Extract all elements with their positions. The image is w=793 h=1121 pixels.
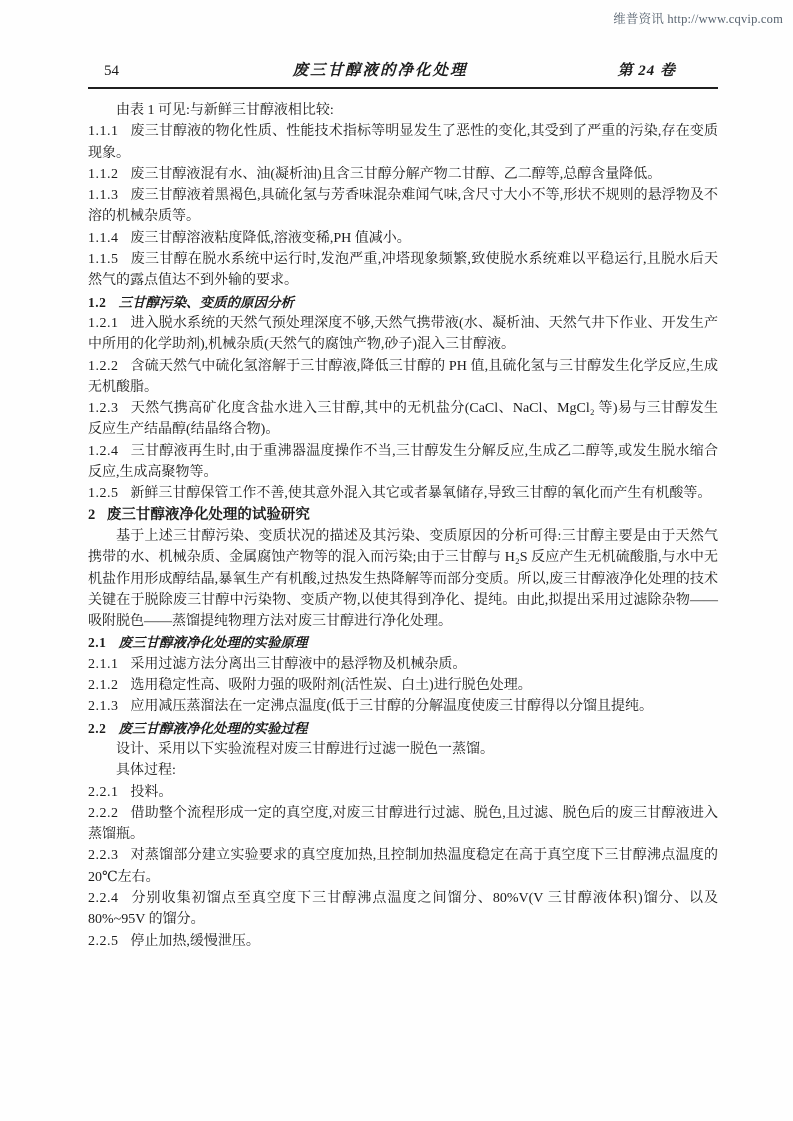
item-number: 2.1.2 — [88, 678, 119, 693]
heading-number: 1.2 — [88, 295, 106, 310]
list-item-2-2-3: 2.2.3对蒸馏部分建立实验要求的真空度加热,且控制加热温度稳定在高于真空度下三… — [88, 845, 718, 888]
item-number: 2.2.4 — [88, 891, 119, 906]
running-title: 废三甘醇液的净化处理 — [174, 58, 586, 80]
item-text: 采用过滤方法分离出三甘醇液中的悬浮物及机械杂质。 — [130, 657, 466, 672]
watermark: 维普资讯 http://www.cqvip.com — [613, 9, 783, 27]
list-item-2-2-4: 2.2.4分别收集初馏点至真空度下三甘醇沸点温度之间馏分、80%V(V 三甘醇液… — [88, 888, 718, 931]
page-number: 54 — [88, 63, 174, 80]
item-number: 1.1.2 — [88, 167, 119, 182]
volume-label: 第 24 卷 — [586, 59, 718, 80]
item-number: 1.2.2 — [88, 359, 119, 374]
process-label: 具体过程: — [88, 760, 718, 781]
item-text: 应用减压蒸溜法在一定沸点温度(低于三甘醇的分解温度使废三甘醇得以分馏且提纯。 — [130, 699, 653, 714]
list-item-1-2-5: 1.2.5新鲜三甘醇保管工作不善,使其意外混入其它或者暴氧储存,导致三甘醇的氧化… — [88, 483, 718, 504]
item-text: 选用稳定性高、吸附力强的吸附剂(活性炭、白土)进行脱色处理。 — [130, 678, 531, 693]
list-item-1-1-2: 1.1.2废三甘醇液混有水、油(凝析油)且含三甘醇分解产物二甘醇、乙二醇等,总醇… — [88, 164, 718, 185]
list-item-1-1-4: 1.1.4废三甘醇溶液粘度降低,溶液变稀,PH 值减小。 — [88, 228, 718, 249]
subsection-heading-2-2: 2.2废三甘醇液净化处理的实验过程 — [88, 718, 718, 739]
intro-paragraph: 由表 1 可见:与新鲜三甘醇液相比较: — [88, 100, 718, 121]
item-text: 含硫天然气中硫化氢溶解于三甘醇液,降低三甘醇的 PH 值,且硫化氢与三甘醇发生化… — [88, 359, 718, 395]
item-number: 1.2.3 — [88, 401, 119, 416]
item-text: 废三甘醇在脱水系统中运行时,发泡严重,冲塔现象频繁,致使脱水系统难以平稳运行,且… — [88, 252, 718, 288]
item-number: 2.2.2 — [88, 806, 119, 821]
list-item-2-2-2: 2.2.2借助整个流程形成一定的真空度,对废三甘醇进行过滤、脱色,且过滤、脱色后… — [88, 803, 718, 846]
item-number: 1.2.5 — [88, 486, 119, 501]
heading-number: 2.1 — [88, 635, 106, 650]
item-text: 三甘醇液再生时,由于重沸器温度操作不当,三甘醇发生分解反应,生成乙二醇等,或发生… — [88, 444, 718, 480]
item-text: 废三甘醇液着黑褐色,具硫化氢与芳香味混杂难闻气味,含尺寸大小不等,形状不规则的悬… — [88, 188, 718, 224]
item-text: 废三甘醇溶液粘度降低,溶液变稀,PH 值减小。 — [130, 231, 410, 246]
list-item-1-2-1: 1.2.1进入脱水系统的天然气预处理深度不够,天然气携带液(水、凝析油、天然气井… — [88, 313, 718, 356]
list-item-1-1-5: 1.1.5废三甘醇在脱水系统中运行时,发泡严重,冲塔现象频繁,致使脱水系统难以平… — [88, 249, 718, 292]
item-text: 进入脱水系统的天然气预处理深度不够,天然气携带液(水、凝析油、天然气井下作业、开… — [88, 316, 718, 352]
section-heading-2: 2废三甘醇液净化处理的试验研究 — [88, 505, 718, 526]
item-number: 1.1.3 — [88, 188, 119, 203]
item-text: 停止加热,缓慢泄压。 — [130, 934, 260, 949]
list-item-1-1-3: 1.1.3废三甘醇液着黑褐色,具硫化氢与芳香味混杂难闻气味,含尺寸大小不等,形状… — [88, 185, 718, 228]
item-text: 废三甘醇液的物化性质、性能技术指标等明显发生了恶性的变化,其受到了严重的污染,存… — [88, 124, 718, 160]
heading-number: 2.2 — [88, 721, 106, 736]
heading-text: 三甘醇污染、变质的原因分析 — [119, 295, 295, 310]
item-text: 借助整个流程形成一定的真空度,对废三甘醇进行过滤、脱色,且过滤、脱色后的废三甘醇… — [88, 806, 718, 842]
subsection-heading-1-2: 1.2三甘醇污染、变质的原因分析 — [88, 292, 718, 313]
item-text: 新鲜三甘醇保管工作不善,使其意外混入其它或者暴氧储存,导致三甘醇的氧化而产生有机… — [130, 486, 711, 501]
item-text: 投料。 — [130, 785, 172, 800]
list-item-2-1-1: 2.1.1采用过滤方法分离出三甘醇液中的悬浮物及机械杂质。 — [88, 654, 718, 675]
list-item-2-2-1: 2.2.1投料。 — [88, 782, 718, 803]
item-number: 1.1.4 — [88, 231, 119, 246]
list-item-1-1-1: 1.1.1废三甘醇液的物化性质、性能技术指标等明显发生了恶性的变化,其受到了严重… — [88, 121, 718, 164]
item-number: 2.2.5 — [88, 934, 119, 949]
subsection-heading-2-1: 2.1废三甘醇液净化处理的实验原理 — [88, 632, 718, 653]
list-item-1-2-4: 1.2.4三甘醇液再生时,由于重沸器温度操作不当,三甘醇发生分解反应,生成乙二醇… — [88, 441, 718, 484]
item-number: 2.2.1 — [88, 785, 119, 800]
item-number: 2.2.3 — [88, 848, 119, 863]
process-intro-paragraph: 设计、采用以下实验流程对废三甘醇进行过滤一脱色一蒸馏。 — [88, 739, 718, 760]
item-number: 2.1.3 — [88, 699, 119, 714]
heading-text: 废三甘醇液净化处理的实验原理 — [119, 635, 308, 650]
item-text: 对蒸馏部分建立实验要求的真空度加热,且控制加热温度稳定在高于真空度下三甘醇沸点温… — [88, 848, 718, 884]
item-number: 1.1.1 — [88, 124, 119, 139]
list-item-2-1-3: 2.1.3应用减压蒸溜法在一定沸点温度(低于三甘醇的分解温度使废三甘醇得以分馏且… — [88, 696, 718, 717]
item-number: 1.1.5 — [88, 252, 119, 267]
page-header: 54 废三甘醇液的净化处理 第 24 卷 — [88, 58, 718, 89]
scanned-journal-page: 维普资讯 http://www.cqvip.com 54 废三甘醇液的净化处理 … — [0, 0, 793, 1121]
item-text: 废三甘醇液混有水、油(凝析油)且含三甘醇分解产物二甘醇、乙二醇等,总醇含量降低。 — [130, 167, 661, 182]
heading-text: 废三甘醇液净化处理的实验过程 — [119, 721, 308, 736]
item-number: 1.2.4 — [88, 444, 119, 459]
list-item-2-2-5: 2.2.5停止加热,缓慢泄压。 — [88, 931, 718, 952]
heading-text: 废三甘醇液净化处理的试验研究 — [107, 507, 310, 523]
list-item-1-2-2: 1.2.2含硫天然气中硫化氢溶解于三甘醇液,降低三甘醇的 PH 值,且硫化氢与三… — [88, 356, 718, 399]
item-text: 分别收集初馏点至真空度下三甘醇沸点温度之间馏分、80%V(V 三甘醇液体积)馏分… — [88, 891, 718, 927]
item-number: 2.1.1 — [88, 657, 119, 672]
item-text: 天然气携高矿化度含盐水进入三甘醇,其中的无机盐分(CaCl、NaCl、MgCl₂… — [88, 401, 718, 437]
list-item-1-2-3: 1.2.3天然气携高矿化度含盐水进入三甘醇,其中的无机盐分(CaCl、NaCl、… — [88, 398, 718, 441]
section-2-intro-paragraph: 基于上述三甘醇污染、变质状况的描述及其污染、变质原因的分析可得:三甘醇主要是由于… — [88, 526, 718, 632]
article-body: 由表 1 可见:与新鲜三甘醇液相比较: 1.1.1废三甘醇液的物化性质、性能技术… — [88, 100, 718, 952]
item-number: 1.2.1 — [88, 316, 119, 331]
list-item-2-1-2: 2.1.2选用稳定性高、吸附力强的吸附剂(活性炭、白土)进行脱色处理。 — [88, 675, 718, 696]
heading-number: 2 — [88, 507, 95, 523]
